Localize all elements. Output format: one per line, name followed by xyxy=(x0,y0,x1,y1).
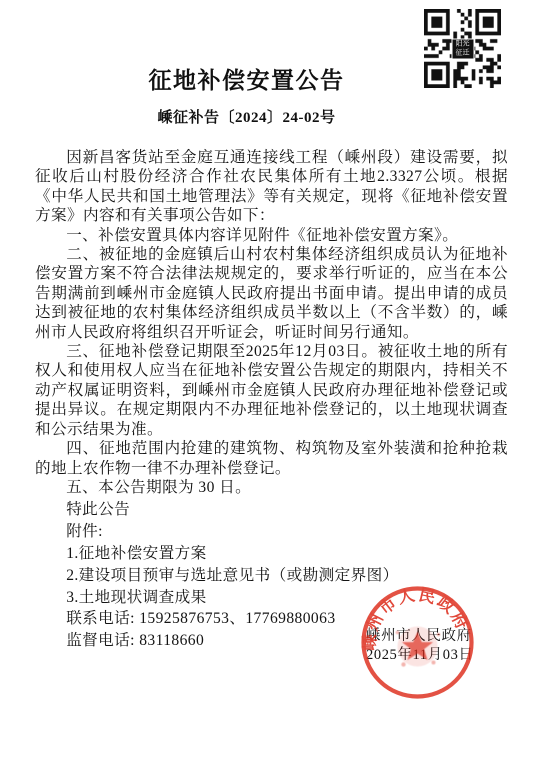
qr-code: 阳光 征迁 xyxy=(424,9,501,88)
paragraph-item-4: 四、征地范围内抢建的建筑物、构筑物及室外装潢和抢种抢栽的地上农作物一律不办理补偿… xyxy=(35,439,508,478)
doc-number: 嵊征补告〔2024〕24-02号 xyxy=(0,106,493,127)
paragraph-item-5: 五、本公告期限为 30 日。 xyxy=(35,478,508,497)
paragraph-item-2: 二、被征地的金庭镇后山村农村集体经济组织成员认为征地补偿安置方案不符合法律法规规… xyxy=(35,245,508,342)
attachments-label: 附件: xyxy=(35,521,508,543)
paragraph-intro: 因新昌客货站至金庭互通连接线工程（嵊州段）建设需要，拟征收后山村股份经济合作社农… xyxy=(35,148,508,226)
closing-statement: 特此公告 xyxy=(35,499,508,521)
paragraph-item-1: 一、补偿安置具体内容详见附件《征地补偿安置方案》。 xyxy=(35,226,508,245)
announcement-body: 因新昌客货站至金庭互通连接线工程（嵊州段）建设需要，拟征收后山村股份经济合作社农… xyxy=(35,148,508,652)
official-seal: 嵊州市人民政府 xyxy=(355,580,480,705)
qr-center-logo: 阳光 征迁 xyxy=(451,38,474,59)
announcement-page: 阳光 征迁 征地补偿安置公告 嵊征补告〔2024〕24-02号 因新昌客货站至金… xyxy=(0,0,537,759)
attachment-item: 1.征地补偿安置方案 xyxy=(35,543,508,565)
paragraph-item-3: 三、征地补偿登记期限至2025年12月03日。被征收土地的所有权人和使用权人应当… xyxy=(35,342,508,439)
seal-star-icon xyxy=(396,627,441,667)
page-title: 征地补偿安置公告 xyxy=(0,62,493,95)
